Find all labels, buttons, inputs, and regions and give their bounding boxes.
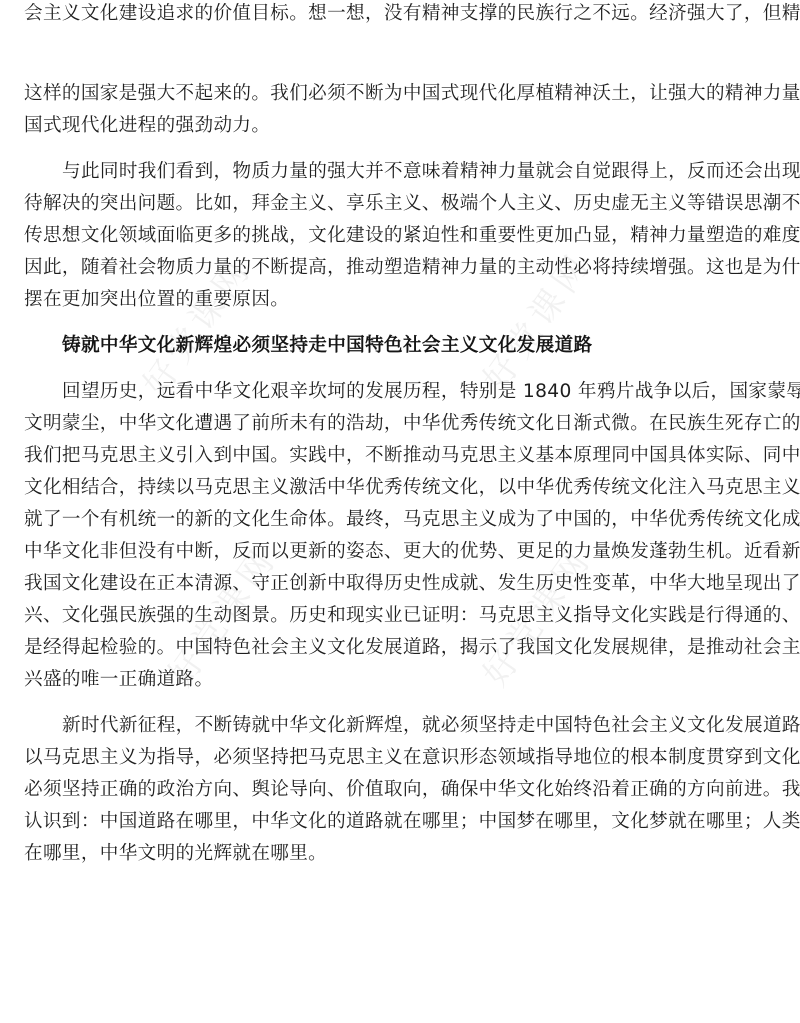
paragraph-line: 回望历史，远看中华文化艰辛坎坷的发展历程，特别是 1840 年鸦片战争以后，国家… bbox=[62, 380, 800, 404]
paragraph-line: 认识到：中国道路在哪里，中华文化的道路就在哪里；中国梦在哪里，文化梦就在哪里；人… bbox=[24, 810, 780, 834]
paragraph-line: 兴、文化强民族强的生动图景。历史和现实业已证明：马克思主义指导文化实践是行得通的… bbox=[24, 604, 780, 628]
paragraph-line: 中华文化非但没有中断，反而以更新的姿态、更大的优势、更足的力量焕发蓬勃生机。近看… bbox=[24, 540, 780, 564]
section-heading: 铸就中华文化新辉煌必须坚持走中国特色社会主义文化发展道路 bbox=[62, 334, 800, 358]
paragraph-line: 是经得起检验的。中国特色社会主义文化发展道路，揭示了我国文化发展规律，是推动社会… bbox=[24, 636, 780, 660]
paragraph-line: 国式现代化进程的强劲动力。 bbox=[24, 114, 780, 138]
paragraph-line: 待解决的突出问题。比如，拜金主义、享乐主义、极端个人主义、历史虚无主义等错误思潮… bbox=[24, 192, 780, 216]
paragraph-line: 这样的国家是强大不起来的。我们必须不断为中国式现代化厚植精神沃土，让强大的精神力… bbox=[24, 82, 780, 106]
paragraph-line: 在哪里，中华文明的光辉就在哪里。 bbox=[24, 842, 780, 866]
paragraph-line: 我们把马克思主义引入到中国。实践中，不断推动马克思主义基本原理同中国具体实际、同… bbox=[24, 444, 780, 468]
paragraph-line: 摆在更加突出位置的重要原因。 bbox=[24, 288, 780, 312]
paragraph-line: 必须坚持正确的政治方向、舆论导向、价值取向，确保中华文化始终沿着正确的方向前进。… bbox=[24, 778, 780, 802]
paragraph-line: 新时代新征程，不断铸就中华文化新辉煌，就必须坚持走中国特色社会主义文化发展道路，… bbox=[62, 714, 800, 738]
paragraph-line: 就了一个有机统一的新的文化生命体。最终，马克思主义成为了中国的，中华优秀传统文化… bbox=[24, 508, 780, 532]
paragraph-line: 会主义文化建设追求的价值目标。想一想，没有精神支撑的民族行之不远。经济强大了，但… bbox=[24, 2, 780, 26]
paragraph-line: 文化相结合，持续以马克思主义激活中华优秀传统文化，以中华优秀传统文化注入马克思主… bbox=[24, 476, 780, 500]
paragraph-line: 我国文化建设在正本清源、守正创新中取得历史性成就、发生历史性变革，中华大地呈现出… bbox=[24, 572, 780, 596]
paragraph-line: 兴盛的唯一正确道路。 bbox=[24, 668, 780, 692]
paragraph-line: 文明蒙尘，中华文化遭遇了前所未有的浩劫，中华优秀传统文化日渐式微。在民族生死存亡… bbox=[24, 412, 780, 436]
paragraph-line: 与此同时我们看到，物质力量的强大并不意味着精神力量就会自觉跟得上，反而还会出现一… bbox=[62, 160, 800, 184]
paragraph-line: 因此，随着社会物质力量的不断提高，推动塑造精神力量的主动性必将持续增强。这也是为… bbox=[24, 256, 780, 280]
paragraph-line: 传思想文化领域面临更多的挑战，文化建设的紧迫性和重要性更加凸显，精神力量塑造的难… bbox=[24, 224, 780, 248]
document-page: 好党课网 好党课网 好党课网 好党课网 会主义文化建设追求的价值目标。想一想，没… bbox=[0, 0, 800, 1023]
paragraph-line: 以马克思主义为指导，必须坚持把马克思主义在意识形态领域指导地位的根本制度贯穿到文… bbox=[24, 746, 780, 770]
